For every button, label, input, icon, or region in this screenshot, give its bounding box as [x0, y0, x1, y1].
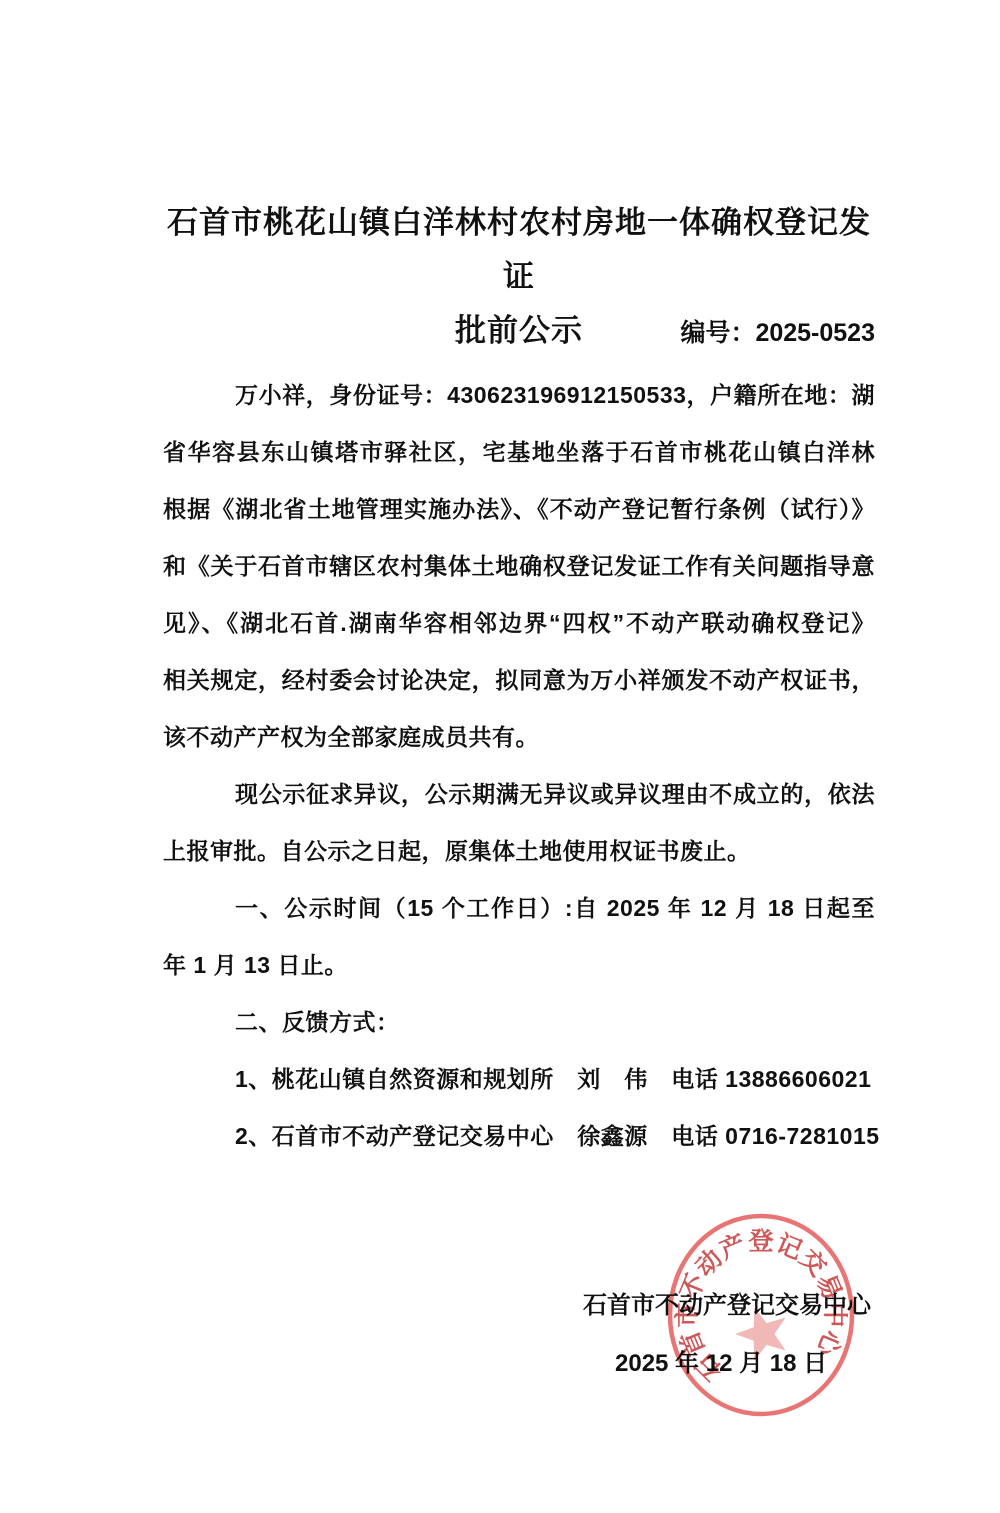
- body-line: 现公示征求异议，公示期满无异议或异议理由不成立的，依法: [163, 766, 875, 823]
- title-line-1: 石首市桃花山镇白洋林村农村房地一体确权登记发证: [163, 196, 875, 304]
- body-line: 相关规定，经村委会讨论决定，拟同意为万小祥颁发不动产权证书，: [163, 652, 875, 709]
- body-line: 省华容县东山镇塔市驿社区，宅基地坐落于石首市桃花山镇白洋林村，: [163, 424, 875, 481]
- svg-text:记: 记: [772, 1229, 806, 1264]
- body-line: 一、公示时间（15 个工作日）:自 2025 年 12 月 18 日起至 202…: [163, 880, 875, 937]
- body-line: 该不动产产权为全部家庭成员共有。: [163, 709, 875, 766]
- body-line: 上报审批。自公示之日起，原集体土地使用权证书废止。: [163, 823, 875, 880]
- notice-body: 万小祥，身份证号：430623196912150533，户籍所在地：湖南 省华容…: [163, 367, 875, 1165]
- svg-text:交: 交: [794, 1244, 831, 1281]
- body-line: 根据《湖北省土地管理实施办法》、《不动产登记暂行条例（试行）》: [163, 481, 875, 538]
- svg-text:登: 登: [747, 1227, 773, 1256]
- body-line: 万小祥，身份证号：430623196912150533，户籍所在地：湖南: [163, 367, 875, 424]
- svg-text:动: 动: [690, 1244, 727, 1281]
- svg-text:产: 产: [716, 1229, 750, 1265]
- body-line: 见》、《湖北石首.湖南华容相邻边界“四权”不动产联动确权登记》: [163, 595, 875, 652]
- notice-page: 石首市桃花山镇白洋林村农村房地一体确权登记发证 批前公示 编号：2025-052…: [0, 0, 1000, 1513]
- body-line: 二、反馈方式：: [163, 994, 875, 1051]
- document-number: 编号：2025-0523: [163, 313, 875, 353]
- body-line: 和《关于石首市辖区农村集体土地确权登记发证工作有关问题指导意: [163, 538, 875, 595]
- body-line: 1、桃花山镇自然资源和规划所 刘 伟 电话 13886606021: [163, 1051, 875, 1108]
- issue-date: 2025 年 12 月 18 日: [615, 1346, 827, 1382]
- body-line: 2、石首市不动产登记交易中心 徐鑫源 电话 0716-7281015: [163, 1108, 875, 1165]
- body-line: 年 1 月 13 日止。: [163, 937, 875, 994]
- issuing-org: 石首市不动产登记交易中心: [583, 1288, 871, 1324]
